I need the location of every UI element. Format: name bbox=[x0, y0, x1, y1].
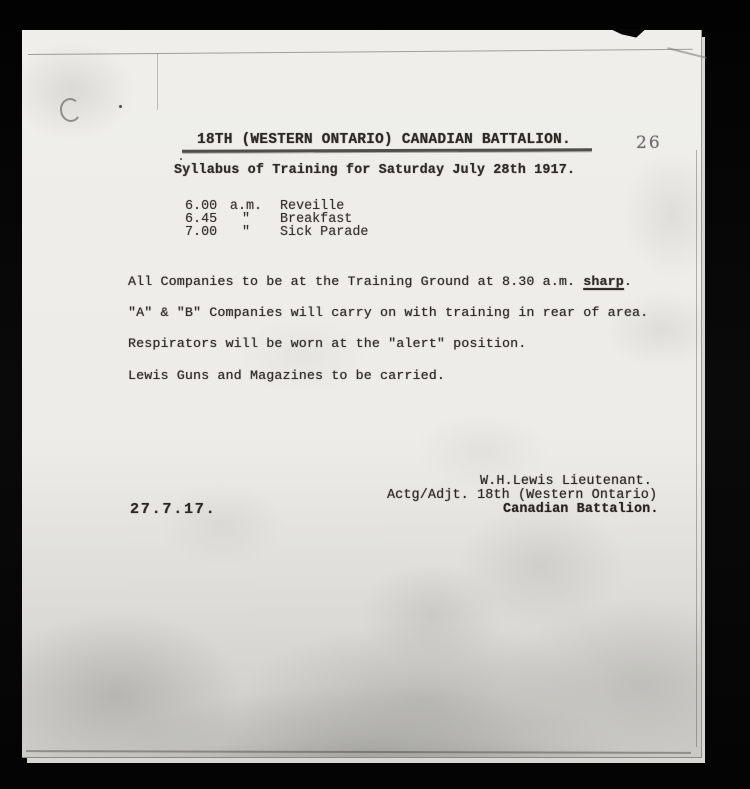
top-crease-line bbox=[28, 49, 693, 55]
schedule-time: 7.00 bbox=[185, 225, 217, 240]
signature-unit: Canadian Battalion. bbox=[503, 502, 659, 517]
signature-name: W.H.Lewis Lieutenant. bbox=[480, 474, 652, 489]
date-stamp: 27.7.17. bbox=[130, 501, 216, 518]
ink-fleck bbox=[119, 105, 122, 108]
scan-background: 18TH (WESTERN ONTARIO) CANADIAN BATTALIO… bbox=[0, 0, 750, 789]
schedule-activity: Sick Parade bbox=[280, 225, 368, 240]
page-bottom-edge bbox=[26, 750, 691, 753]
ink-fleck bbox=[180, 158, 182, 160]
order-line-lewis-guns: Lewis Guns and Magazines to be carried. bbox=[128, 368, 445, 383]
order-line-assembly: All Companies to be at the Training Grou… bbox=[128, 274, 632, 289]
page-right-edge bbox=[696, 150, 697, 747]
order-text: . bbox=[624, 274, 632, 289]
order-line-companies: "A" & "B" Companies will carry on with t… bbox=[128, 305, 648, 320]
torn-edge-notch bbox=[607, 29, 649, 38]
document-subtitle: Syllabus of Training for Saturday July 2… bbox=[174, 163, 575, 178]
schedule-ditto-mark: " bbox=[227, 225, 265, 240]
punch-ring-mark bbox=[58, 97, 82, 124]
document-page: 18TH (WESTERN ONTARIO) CANADIAN BATTALIO… bbox=[22, 30, 702, 758]
signature-role: Actg/Adjt. 18th (Western Ontario) bbox=[387, 488, 657, 503]
vertical-crease-line bbox=[157, 53, 158, 110]
order-text: All Companies to be at the Training Grou… bbox=[128, 274, 583, 289]
document-title: 18TH (WESTERN ONTARIO) CANADIAN BATTALIO… bbox=[197, 132, 571, 148]
order-emphasis-sharp: sharp bbox=[583, 274, 624, 289]
title-underline bbox=[182, 148, 592, 152]
order-line-respirators: Respirators will be worn at the "alert" … bbox=[128, 336, 526, 351]
page-number: 26 bbox=[636, 133, 662, 153]
